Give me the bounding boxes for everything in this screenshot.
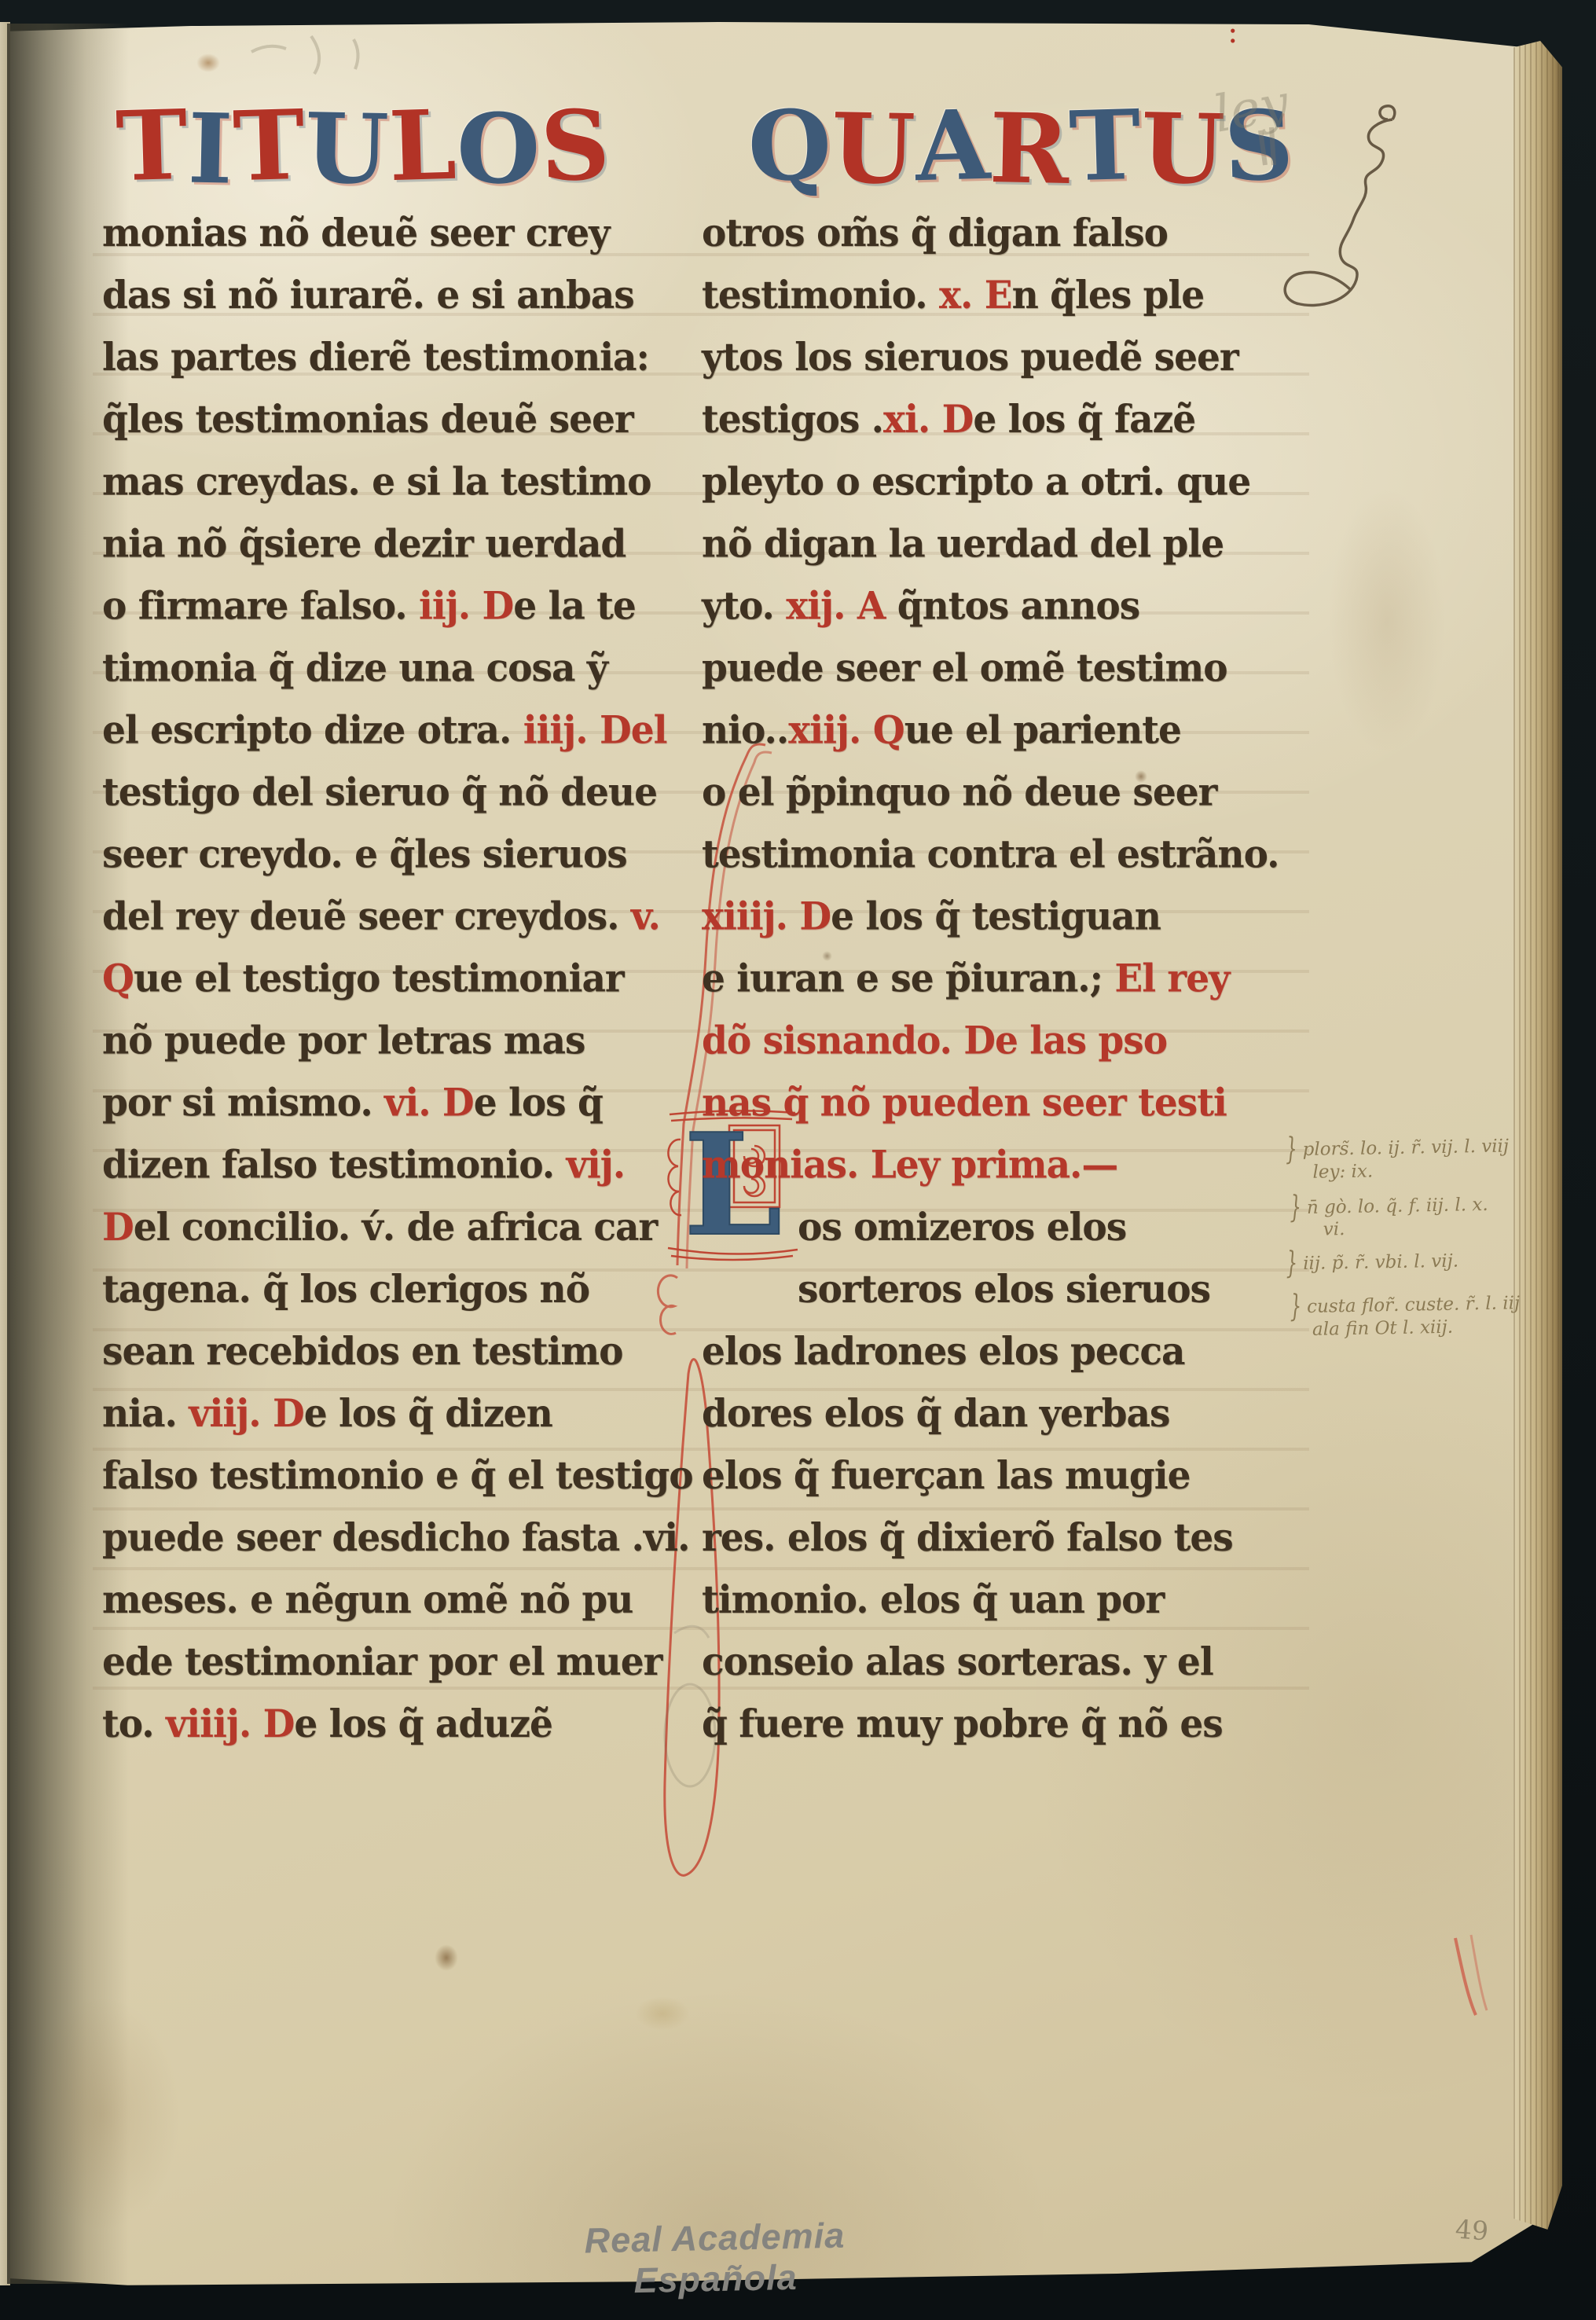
title-letter: T [115,86,189,217]
text-line: to. viiij. De los q̃ aduzẽ [102,1694,707,1756]
ink-stain [435,1944,458,1971]
marginal-note: }iij. p̃. r̃. vbi. l. vij. [1286,1248,1594,1276]
parchment-discoloration [1328,487,1446,754]
marginal-note: vi. [1323,1214,1594,1242]
body-text: por si mismo. [102,1081,384,1125]
body-text: testigo del sieruo q̃ nõ deue [102,770,657,815]
marginal-note: ley: ix. [1312,1156,1592,1184]
body-text: e los q̃ testiguan [831,894,1161,939]
text-line: timonio. elos q̃ uan por [702,1569,1307,1632]
marginal-note-text: iij. p̃. r̃. vbi. l. vij. [1303,1251,1458,1274]
title-letter: L [387,86,458,217]
body-text: falso testimonio e q̃ el testigo [102,1453,693,1498]
body-text: timonia q̃ dize una cosa ỹ [102,646,607,691]
marginal-note-text: n̄ gò. lo. q̃. f. iij. l. x. [1307,1194,1488,1217]
body-text: mas creydas. e si la testimo [102,460,651,505]
text-line: elos q̃ fuerçan las mugie [702,1445,1307,1507]
text-line: res. elos q̃ dixierõ falso tes [702,1507,1307,1569]
body-text: conseio alas sorteras. y el [702,1639,1213,1684]
rubric-text: iij. D [419,584,513,629]
faint-scribble [236,22,409,85]
brace-icon: } [1290,1288,1301,1327]
text-line: o firmare falso. iij. De la te [102,575,707,637]
manuscript-scan: { "page": { "watermark": "Real Academia … [0,0,1596,2320]
text-line: q̃les testimonias deuẽ seer [102,389,707,451]
text-line: por si mismo. vi. De los q̃ [102,1073,707,1135]
body-text: sean recebidos en testimo [102,1329,622,1374]
text-line: ede testimoniar por el muer [102,1632,707,1694]
title-letter: U [1139,89,1226,220]
body-text: testimonia contra el estrãno. [702,832,1279,877]
title-letter: R [989,89,1071,220]
text-line: nõ puede por letras mas [102,1011,707,1073]
body-text: e los q̃ aduzẽ [294,1701,552,1746]
text-line: q̃ fuere muy pobre q̃ nõ es [702,1694,1307,1756]
rubric-text: Q [102,956,134,1001]
body-text: o firmare falso. [102,584,419,629]
text-line: e iuran e se p̃iuran.; El rey [702,948,1307,1010]
body-text: e los q̃ fazẽ [973,398,1195,442]
body-text: e los q̃ [474,1081,603,1125]
text-line: el escripto dize otra. iiij. Del [102,699,707,762]
rubric-text: vi. D [384,1081,474,1125]
body-text: testigos . [702,398,883,442]
marginal-note-text: ley: ix. [1312,1161,1373,1182]
body-text: pleyto o escripto a otri. que [702,460,1250,505]
title-right-quartus: QUARTUS [748,86,1220,216]
rubric-text: x. E [939,273,1012,318]
title-letter: Q [747,86,834,218]
body-text: ede testimoniar por el muer [102,1639,662,1684]
title-letter: S [539,86,612,217]
text-line: mas creydas. e si la testimo [102,451,707,513]
text-line: testigo del sieruo q̃ nõ deue [102,762,707,824]
rubric-text: nas q̃ nõ pueden seer testi [702,1081,1227,1125]
body-text: el concilio. v́. de africa car [134,1205,657,1250]
body-text: nõ puede por letras mas [102,1019,585,1063]
body-text: elos ladrones elos pecca [702,1329,1185,1374]
body-text: das si nõ iurarẽ. e si anbas [102,273,634,318]
body-text: nõ digan la uerdad del ple [702,522,1224,567]
text-line: sorteros elos sieruos [702,1259,1307,1321]
body-text: ue el pariente [904,708,1181,753]
text-line: monias nõ deuẽ seer crey [102,203,707,265]
body-text: meses. e nẽgun omẽ nõ pu [102,1577,633,1622]
title-letter: U [303,89,390,220]
title-flourish-mark: : [1227,14,1238,50]
rubric-text: monias. Ley prima.— [702,1143,1117,1188]
body-text: o el p̃pinquo nõ deue seer [702,770,1216,815]
text-line: seer creydo. e q̃les sieruos [102,824,707,886]
text-line: Del concilio. v́. de africa car [102,1197,707,1259]
body-text: e la te [513,584,636,629]
rubric-text: El rey [1114,956,1229,1001]
text-line: testigos .xi. De los q̃ fazẽ [702,389,1307,451]
body-text: yto. [702,584,786,629]
text-line: ytos los sieruos puedẽ seer [702,327,1307,389]
text-line: otros om̃s q̃ digan falso [702,203,1307,265]
text-line: testimonia contra el estrãno. [702,824,1307,886]
left-text-column: monias nõ deuẽ seer creydas si nõ iurarẽ… [102,203,707,1756]
text-line: xiiij. De los q̃ testiguan [702,886,1307,948]
body-text: q̃ntos annos [885,584,1139,629]
rubric-text: dõ sisnando. De las pso [702,1019,1167,1063]
library-watermark: Real Academia Española [502,2213,928,2303]
rubric-text: iiij. Del [523,708,667,753]
text-line: yto. xij. A q̃ntos annos [702,575,1307,637]
body-text: del rey deuẽ seer creydos. [102,894,631,939]
text-line: elos ladrones elos pecca [702,1321,1307,1383]
body-text: seer creydo. e q̃les sieruos [102,832,627,877]
body-text: ytos los sieruos puedẽ seer [702,335,1238,380]
brace-icon: } [1286,1131,1297,1169]
title-letter: T [231,86,306,217]
body-text: testimonio. [702,273,939,318]
text-line: das si nõ iurarẽ. e si anbas [102,265,707,327]
title-letter: U [831,89,917,220]
body-text: tagena. q̃ los clerigos nõ [102,1267,589,1312]
rubric-text: xi. D [883,398,973,442]
title-letter: T [1067,86,1142,217]
rubric-text: D [102,1205,134,1250]
text-line: nas q̃ nõ pueden seer testi [702,1073,1307,1135]
text-line: Que el testigo testimoniar [102,948,707,1010]
body-text: to. [102,1701,166,1746]
text-line: las partes dierẽ testimonia: [102,327,707,389]
parchment-discoloration [635,1996,690,2031]
body-text: nia. [102,1391,189,1436]
body-text: ue el testigo testimoniar [134,956,624,1001]
ink-stain [196,53,220,72]
body-text: e los q̃ dizen [304,1391,552,1436]
text-line: timonia q̃ dize una cosa ỹ [102,637,707,699]
body-text: nia nõ q̃siere dezir uerdad [102,522,626,567]
rubric-text: xiij. Q [788,708,904,753]
text-line: dizen falso testimonio. vij. [102,1135,707,1197]
marginal-notes: }plors̃. lo. ij. r̃. vij. l. viijley: ix… [1284,1134,1595,1342]
red-tick-marks [1444,1930,1507,2024]
brace-icon: } [1290,1189,1301,1228]
text-line: nia nõ q̃siere dezir uerdad [102,513,707,575]
rubric-text: vij. [567,1143,626,1188]
body-text: elos q̃ fuerçan las mugie [702,1453,1190,1498]
body-text: el escripto dize otra. [102,708,523,753]
body-text: las partes dierẽ testimonia: [102,335,649,380]
rubric-text: xij. A [786,584,885,629]
body-text: sorteros elos sieruos [798,1267,1210,1312]
marginal-note-text: plors̃. lo. ij. r̃. vij. l. viij [1302,1136,1509,1160]
text-line: sean recebidos en testimo [102,1321,707,1383]
text-line: puede seer desdicho fasta .vi. [102,1507,707,1569]
text-line: del rey deuẽ seer creydos. v. [102,886,707,948]
body-text: e iuran e se p̃iuran.; [702,956,1114,1001]
body-text: otros om̃s q̃ digan falso [702,211,1168,255]
marginal-note-text: custa flor̃. custe. r̃. l. iij [1307,1293,1520,1317]
body-text: puede seer desdicho fasta .vi. [102,1515,689,1560]
body-text: puede seer el omẽ testimo [702,646,1227,691]
brace-icon: } [1286,1245,1297,1283]
title-letter: I [187,89,234,219]
pen-trial-doodle [1256,93,1436,352]
body-text: timonio. elos q̃ uan por [702,1577,1164,1622]
title-letter: O [455,89,541,220]
body-text: monias nõ deuẽ seer crey [102,211,609,255]
text-line: conseio alas sorteras. y el [702,1632,1307,1694]
body-text: q̃ fuere muy pobre q̃ nõ es [702,1701,1223,1746]
text-line: meses. e nẽgun omẽ nõ pu [102,1569,707,1632]
text-line: nõ digan la uerdad del ple [702,513,1307,575]
text-line: pleyto o escripto a otri. que [702,451,1307,513]
rubric-text: v. [631,894,660,939]
text-line: o el p̃pinquo nõ deue seer [702,762,1307,824]
text-line: puede seer el omẽ testimo [702,637,1307,699]
text-line: falso testimonio e q̃ el testigo [102,1445,707,1507]
text-line: testimonio. x. En q̃les ple [702,265,1307,327]
rubric-text: xiiij. D [702,894,831,939]
parchment-discoloration [24,1996,181,2232]
body-text: os omizeros elos [798,1205,1126,1250]
text-line: os omizeros elos [702,1197,1307,1259]
text-line: nia. viij. De los q̃ dizen [102,1383,707,1445]
body-text: q̃les testimonias deuẽ seer [102,398,633,442]
title-letter: A [913,86,991,218]
rubric-text: viij. D [189,1391,304,1436]
rubric-text: viiij. D [166,1701,294,1746]
folio-number: 49 [1455,2214,1490,2247]
right-text-column: otros om̃s q̃ digan falsotestimonio. x. … [702,203,1307,1756]
body-text: res. elos q̃ dixierõ falso tes [702,1515,1233,1560]
text-line: dõ sisnando. De las pso [702,1011,1307,1073]
body-text: dizen falso testimonio. [102,1143,567,1188]
text-line: tagena. q̃ los clerigos nõ [102,1259,707,1321]
body-text: nio.. [702,708,788,753]
text-line: monias. Ley prima.— [702,1135,1307,1197]
marginal-note-text: ala fin Ot l. xiij. [1312,1316,1454,1339]
title-left-titulos: TITULOS [116,86,610,216]
text-line: dores elos q̃ dan yerbas [702,1383,1307,1445]
body-text: n q̃les ple [1012,273,1205,318]
marginal-note-text: vi. [1323,1219,1345,1239]
text-line: nio..xiij. Que el pariente [702,699,1307,762]
body-text: dores elos q̃ dan yerbas [702,1391,1169,1436]
